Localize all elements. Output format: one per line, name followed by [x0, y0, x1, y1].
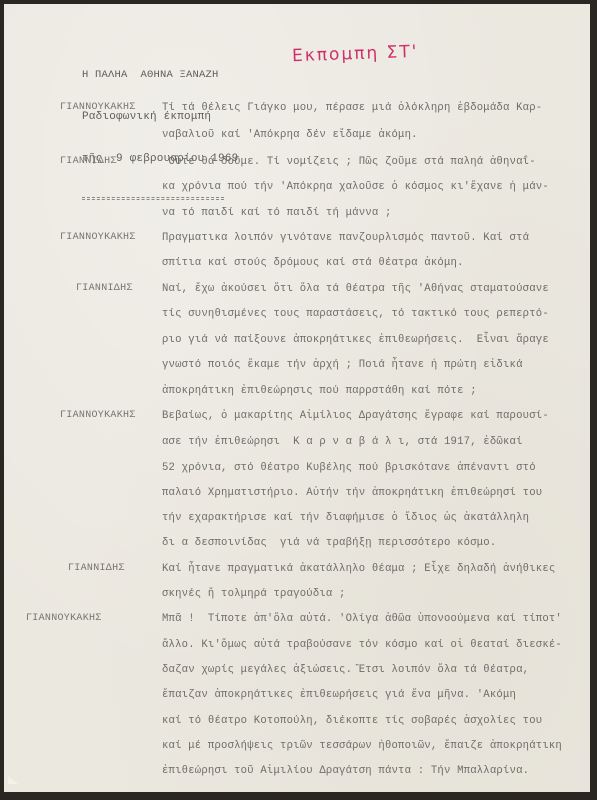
speaker-label: ΓΙΑΝΝΟΥΚΑΚΗΣ — [26, 613, 102, 624]
paper-page: Η ΠΑΛΗΑ ΑΘΗΝΑ ΞΑΝΑΖΗ Ραδιοφωνική έκπομπή… — [4, 4, 590, 792]
header-underline — [82, 197, 224, 200]
dialogue-line: καί μέ προσλήψεις τριῶν τεσσάρων ἠθοποιῶ… — [162, 740, 562, 752]
dialogue-line: τίς συνηθισμένες τους παραστάσεις, τό τα… — [162, 308, 549, 320]
dialogue-line: δι α δεσποινίδας γιά νά τραβήξῃ περισσότ… — [162, 537, 496, 549]
speaker-label: ΓΙΑΝΝΟΥΚΑΚΗΣ — [60, 410, 136, 421]
dialogue-block: ΓΙΑΝΝΟΥΚΑΚΗΣ Μπᾶ ! Τίποτε ἀπ'ὅλα αὐτά. '… — [4, 4, 590, 124]
dialogue-line: γνωστό ποιός ἔκαμε τήν ἀρχή ; Ποιά ἦτανε… — [162, 359, 523, 371]
dialogue-line: τήν εχαρακτήρισε καί τήν διαφήμισε ὁ ἴδι… — [162, 512, 529, 524]
speaker-label: ΓΙΑΝΝΙΔΗΣ — [68, 563, 125, 574]
dialogue-line: Βεβαίως, ὁ μακαρίτης Αἰμίλιος Δραγάτσης … — [162, 410, 549, 422]
dialogue-line: Οὔτε θά δοῦμε. Τί νομίζεις ; Πῶς ζοῦμε σ… — [162, 156, 536, 168]
dialogue-line: ἄλλο. Κι'ὅμως αὐτά τραβούσανε τόν κόσμο … — [162, 639, 562, 651]
dialogue-line: Ναί, ἔχω ἀκούσει ὅτι ὅλα τά θέατρα τῆς '… — [162, 283, 549, 295]
dialogue-line: Καί ἦτανε πραγματικά ἀκατάλληλο θέαμα ; … — [162, 563, 555, 575]
dialogue-line: ἀποκρηάτικη ἐπιθεώρησις πού παρρστάθη κα… — [162, 385, 477, 397]
dialogue-line: ἔπαιζαν ἀποκρηάτικες ἐπιθεωρήσεις γιά ἕν… — [162, 689, 516, 701]
speaker-label: ΓΙΑΝΝΙΔΗΣ — [76, 283, 133, 294]
dialogue-line: σκηνές ἤ τολμηρά τραγούδια ; — [162, 588, 346, 600]
dialogue-line: ἐπιθεώρησι τοῦ Αἰμιλίου Δραγάτση πάντα :… — [162, 765, 529, 777]
folded-corner — [8, 776, 18, 784]
dialogue-line: να τό παιδί καί τό παιδί τή μάννα ; — [162, 207, 392, 219]
dialogue-line: σπίτια καί στούς δρόμους καί στά θέατρα … — [162, 257, 464, 269]
speaker-label: ΓΙΑΝΝΙΔΗΣ — [60, 156, 117, 167]
dialogue-line: καί τό θέατρο Κοτοπούλη, διέκοπτε τίς σο… — [162, 715, 542, 727]
dialogue-line: ασε τήν ἐπιθεώρησι Κ α ρ ν α β ά λ ι, στ… — [162, 436, 523, 448]
scanned-document: Η ΠΑΛΗΑ ΑΘΗΝΑ ΞΑΝΑΖΗ Ραδιοφωνική έκπομπή… — [0, 0, 597, 800]
dialogue-line: δαζαν χωρίς μεγάλες ἀξιώσεις. Ἔτσι λοιπό… — [162, 664, 529, 676]
dialogue-line: ναβαλιοῦ καί 'Απόκρηα δέν εἴδαμε ἀκόμη. — [162, 129, 418, 141]
speaker-label: ΓΙΑΝΝΟΥΚΑΚΗΣ — [60, 232, 136, 243]
dialogue-line: ριο γιά νά παίξουνε ἀποκρηάτικες ἐπιθεωρ… — [162, 334, 549, 346]
dialogue-line: κα χρόνια πού τήν 'Απόκρηα χαλοῦσε ὁ κόσ… — [162, 181, 549, 193]
dialogue-line: Πραγματικα λοιπόν γινότανε πανζουρλισμός… — [162, 232, 529, 244]
dialogue-line: 52 χρόνια, στό θέατρο Κυβέλης πού βρισκό… — [162, 462, 536, 474]
dialogue-line: Μπᾶ ! Τίποτε ἀπ'ὅλα αὐτά. 'Ολίγα ἀθῶα ὑπ… — [162, 613, 562, 625]
dialogue-line: παλαιό Χρηματιστήριο. Αὐτήν τήν ἀποκρηάτ… — [162, 487, 542, 499]
